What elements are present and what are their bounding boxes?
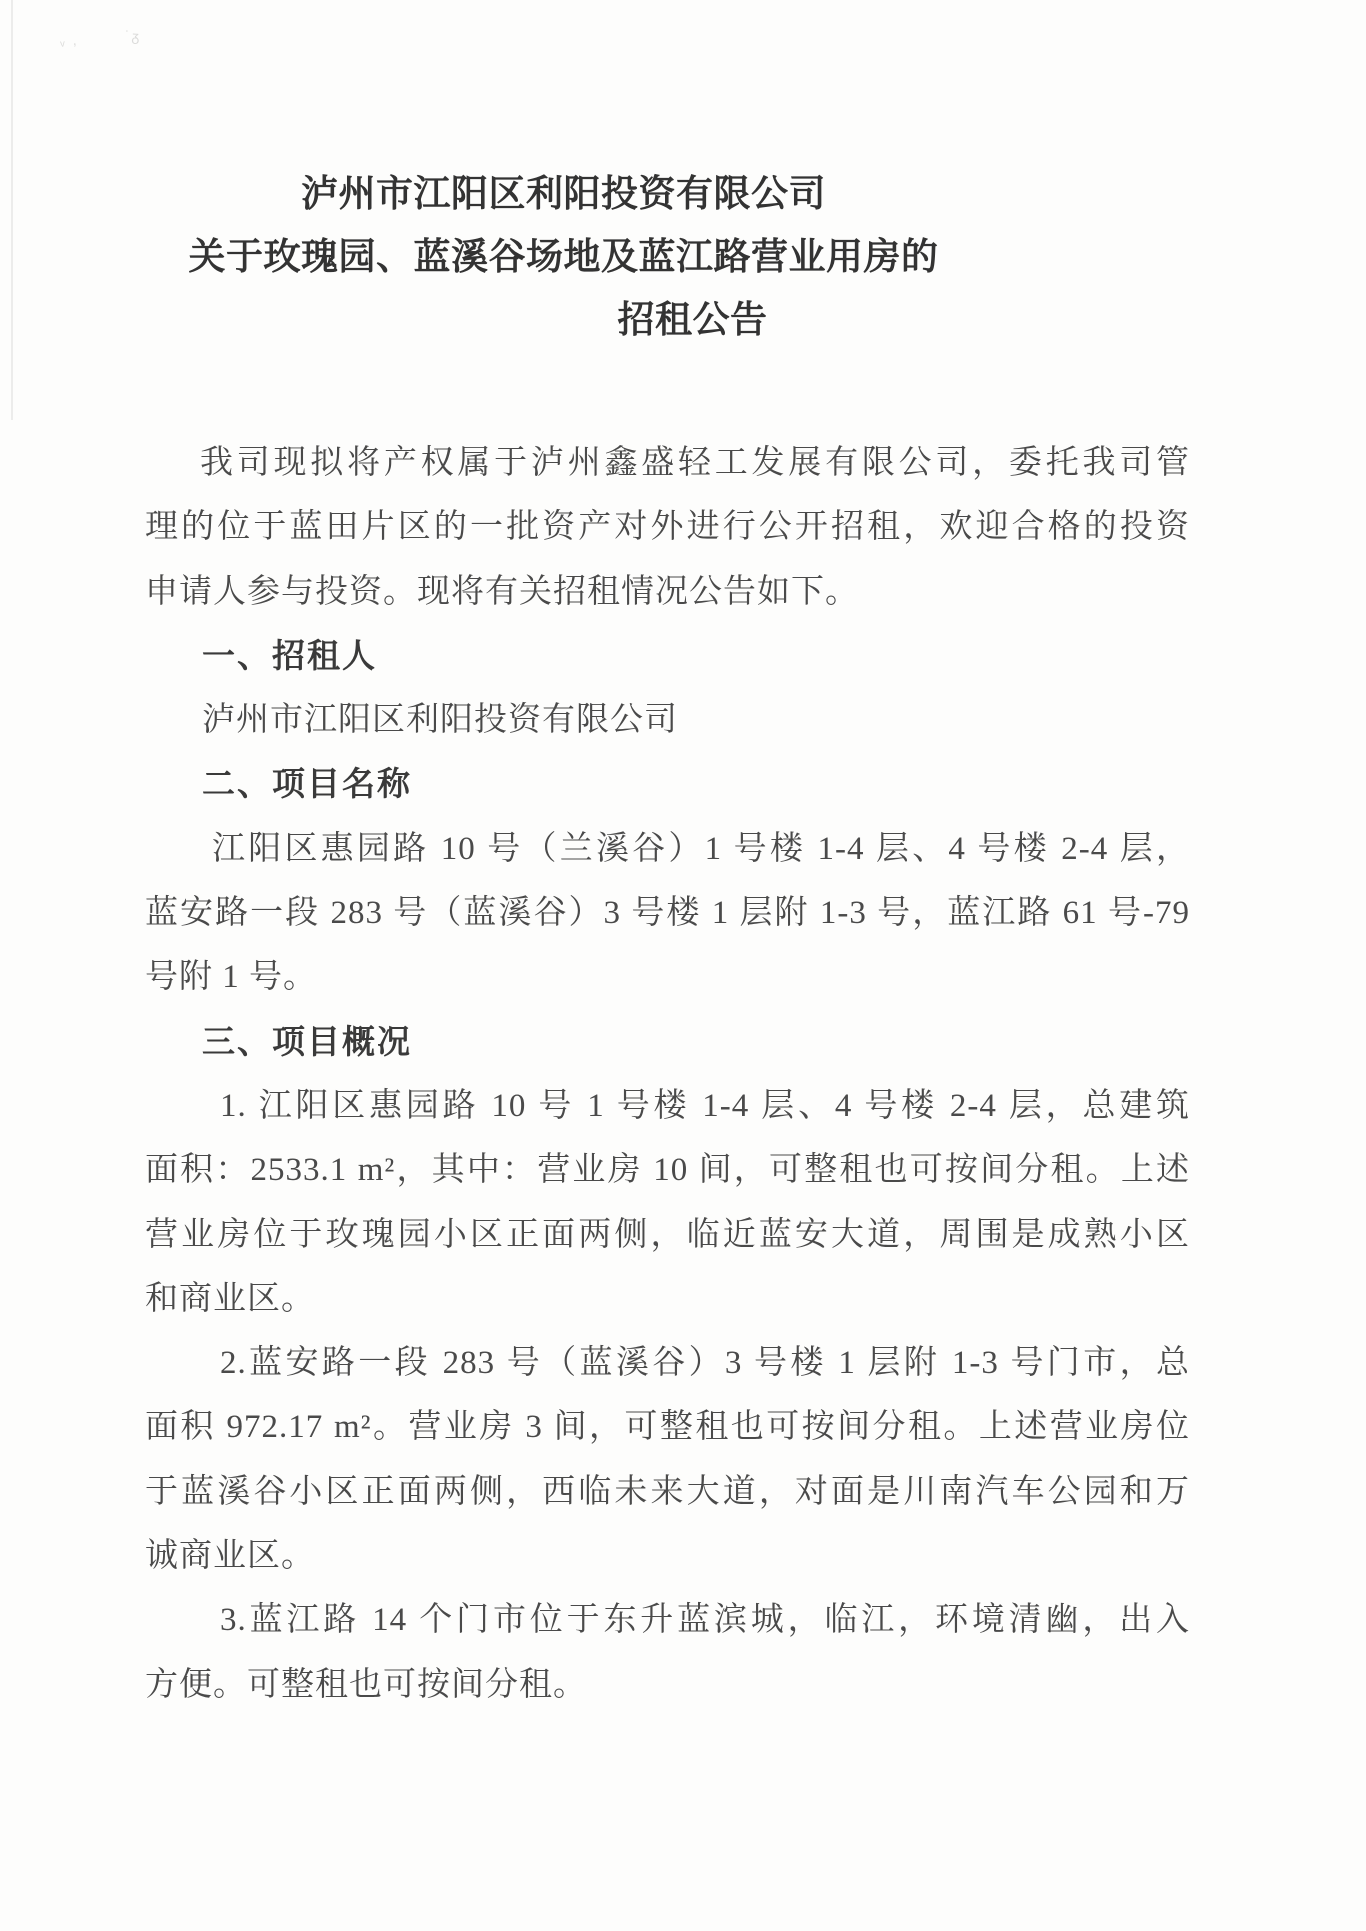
document-line: 面积 972.17 m²。营业房 3 间，可整租也可按间分租。上述营业房位 — [145, 1395, 1190, 1459]
document-line: 营业房位于玫瑰园小区正面两侧，临近蓝安大道，周围是成熟小区 — [145, 1203, 1190, 1267]
document-line: 和商业区。 — [145, 1267, 1190, 1331]
document-line: 泸州市江阳区利阳投资有限公司 — [145, 688, 1190, 752]
document-line: 蓝安路一段 283 号（蓝溪谷）3 号楼 1 层附 1-3 号，蓝江路 61 号… — [145, 881, 1190, 945]
document-line: 方便。可整租也可按间分租。 — [145, 1653, 1190, 1717]
document-line: 江阳区惠园路 10 号（兰溪谷）1 号楼 1-4 层、4 号楼 2-4 层， — [145, 817, 1190, 881]
document-title-line-2: 关于玫瑰园、蓝溪谷场地及蓝江路营业用房的 — [41, 225, 1086, 288]
document-line: 1. 江阳区惠园路 10 号 1 号楼 1-4 层、4 号楼 2-4 层，总建筑 — [145, 1074, 1190, 1138]
document-line: 我司现拟将产权属于泸州鑫盛轻工发展有限公司，委托我司管 — [145, 431, 1190, 495]
document-title-line-1: 泸州市江阳区利阳投资有限公司 — [41, 162, 1086, 225]
section-heading: 二、项目名称 — [145, 752, 1190, 816]
document-line: 申请人参与投资。现将有关招租情况公告如下。 — [145, 560, 1190, 624]
section-heading: 一、招租人 — [145, 624, 1190, 688]
document-line: 3.蓝江路 14 个门市位于东升蓝滨城，临江，环境清幽，出入 — [145, 1588, 1190, 1652]
document-title: 泸州市江阳区利阳投资有限公司 关于玫瑰园、蓝溪谷场地及蓝江路营业用房的 招租公告 — [145, 162, 1190, 351]
document-line: 诚商业区。 — [145, 1524, 1190, 1588]
document-line: 理的位于蓝田片区的一批资产对外进行公开招租，欢迎合格的投资 — [145, 495, 1190, 559]
document-title-line-3: 招租公告 — [170, 288, 1215, 351]
document-line: 于蓝溪谷小区正面两侧，西临未来大道，对面是川南汽车公园和万 — [145, 1460, 1190, 1524]
scan-pencil-mark: ᵥ, — [59, 31, 84, 49]
document-line: 面积：2533.1 m²，其中：营业房 10 间，可整租也可按间分租。上述 — [145, 1138, 1190, 1202]
scan-edge-artifact — [11, 0, 13, 420]
scan-pencil-mark: ˙ᵹ — [125, 28, 142, 45]
document-line: 号附 1 号。 — [145, 945, 1190, 1009]
scanned-document-page: ᵥ, ˙ᵹ 泸州市江阳区利阳投资有限公司 关于玫瑰园、蓝溪谷场地及蓝江路营业用房… — [0, 0, 1366, 1931]
section-heading: 三、项目概况 — [145, 1010, 1190, 1074]
document-body: 我司现拟将产权属于泸州鑫盛轻工发展有限公司，委托我司管理的位于蓝田片区的一批资产… — [145, 431, 1190, 1717]
document-line: 2.蓝安路一段 283 号（蓝溪谷）3 号楼 1 层附 1-3 号门市，总 — [145, 1331, 1190, 1395]
